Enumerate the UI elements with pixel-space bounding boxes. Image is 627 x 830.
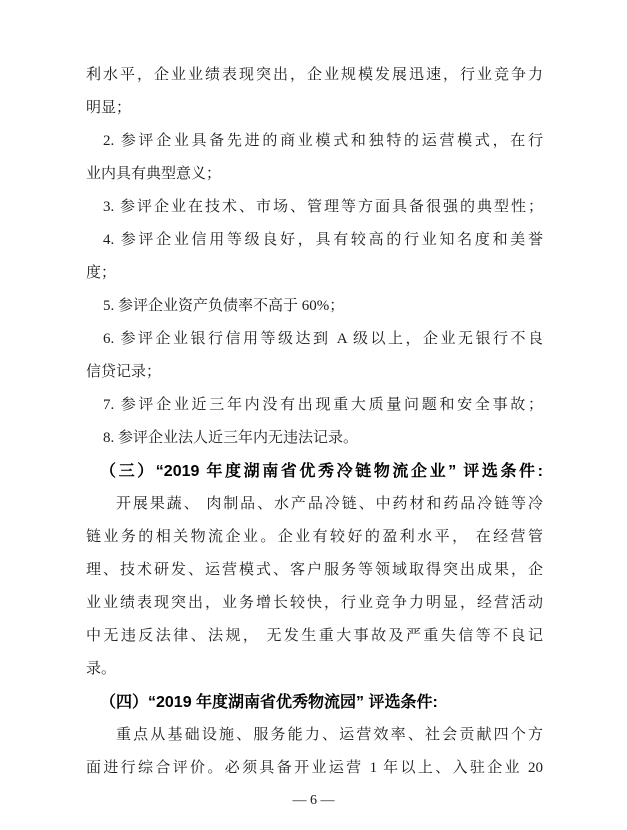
text-line: 理、技术研发、运营模式、客户服务等领域取得突出成果，企 bbox=[86, 554, 543, 587]
text-line: 8. 参评企业法人近三年内无违法记录。 bbox=[86, 422, 543, 455]
section-heading: （四）“2019 年度湖南省优秀物流园” 评选条件: bbox=[86, 686, 543, 719]
document-page: 利水平，企业业绩表现突出，企业规模发展迅速，行业竞争力明显；2. 参评企业具备先… bbox=[0, 0, 627, 830]
text-line: 2. 参评企业具备先进的商业模式和独特的运营模式，在行 bbox=[86, 125, 543, 158]
text-line: 业业绩表现突出，业务增长较快，行业竞争力明显，经营活动 bbox=[86, 587, 543, 620]
text-line: 录。 bbox=[86, 653, 543, 686]
document-body: 利水平，企业业绩表现突出，企业规模发展迅速，行业竞争力明显；2. 参评企业具备先… bbox=[86, 59, 543, 785]
text-line: 中无违反法律、法规， 无发生重大事故及严重失信等不良记 bbox=[86, 620, 543, 653]
text-line: 链业务的相关物流企业。企业有较好的盈利水平， 在经营管 bbox=[86, 521, 543, 554]
text-line: 明显； bbox=[86, 92, 543, 125]
text-line: 5. 参评企业资产负债率不高于 60%； bbox=[86, 290, 543, 323]
section-heading: （三）“2019 年度湖南省优秀冷链物流企业” 评选条件: bbox=[86, 455, 543, 488]
text-line: 利水平，企业业绩表现突出，企业规模发展迅速，行业竞争力 bbox=[86, 59, 543, 92]
text-line: 3. 参评企业在技术、市场、管理等方面具备很强的典型性； bbox=[86, 191, 543, 224]
text-line: 6. 参评企业银行信用等级达到 A 级以上，企业无银行不良 bbox=[86, 323, 543, 356]
text-line: 开展果蔬、 肉制品、水产品冷链、中药材和药品冷链等冷 bbox=[86, 488, 543, 521]
page-number: — 6 — bbox=[0, 790, 627, 812]
text-line: 4. 参评企业信用等级良好，具有较高的行业知名度和美誉 bbox=[86, 224, 543, 257]
text-line: 重点从基础设施、服务能力、运营效率、社会贡献四个方 bbox=[86, 719, 543, 752]
text-line: 信贷记录； bbox=[86, 356, 543, 389]
text-line: 业内具有典型意义； bbox=[86, 158, 543, 191]
text-line: 面进行综合评价。必须具备开业运营 1 年以上、入驻企业 20 bbox=[86, 752, 543, 785]
text-line: 度； bbox=[86, 257, 543, 290]
text-line: 7. 参评企业近三年内没有出现重大质量问题和安全事故； bbox=[86, 389, 543, 422]
